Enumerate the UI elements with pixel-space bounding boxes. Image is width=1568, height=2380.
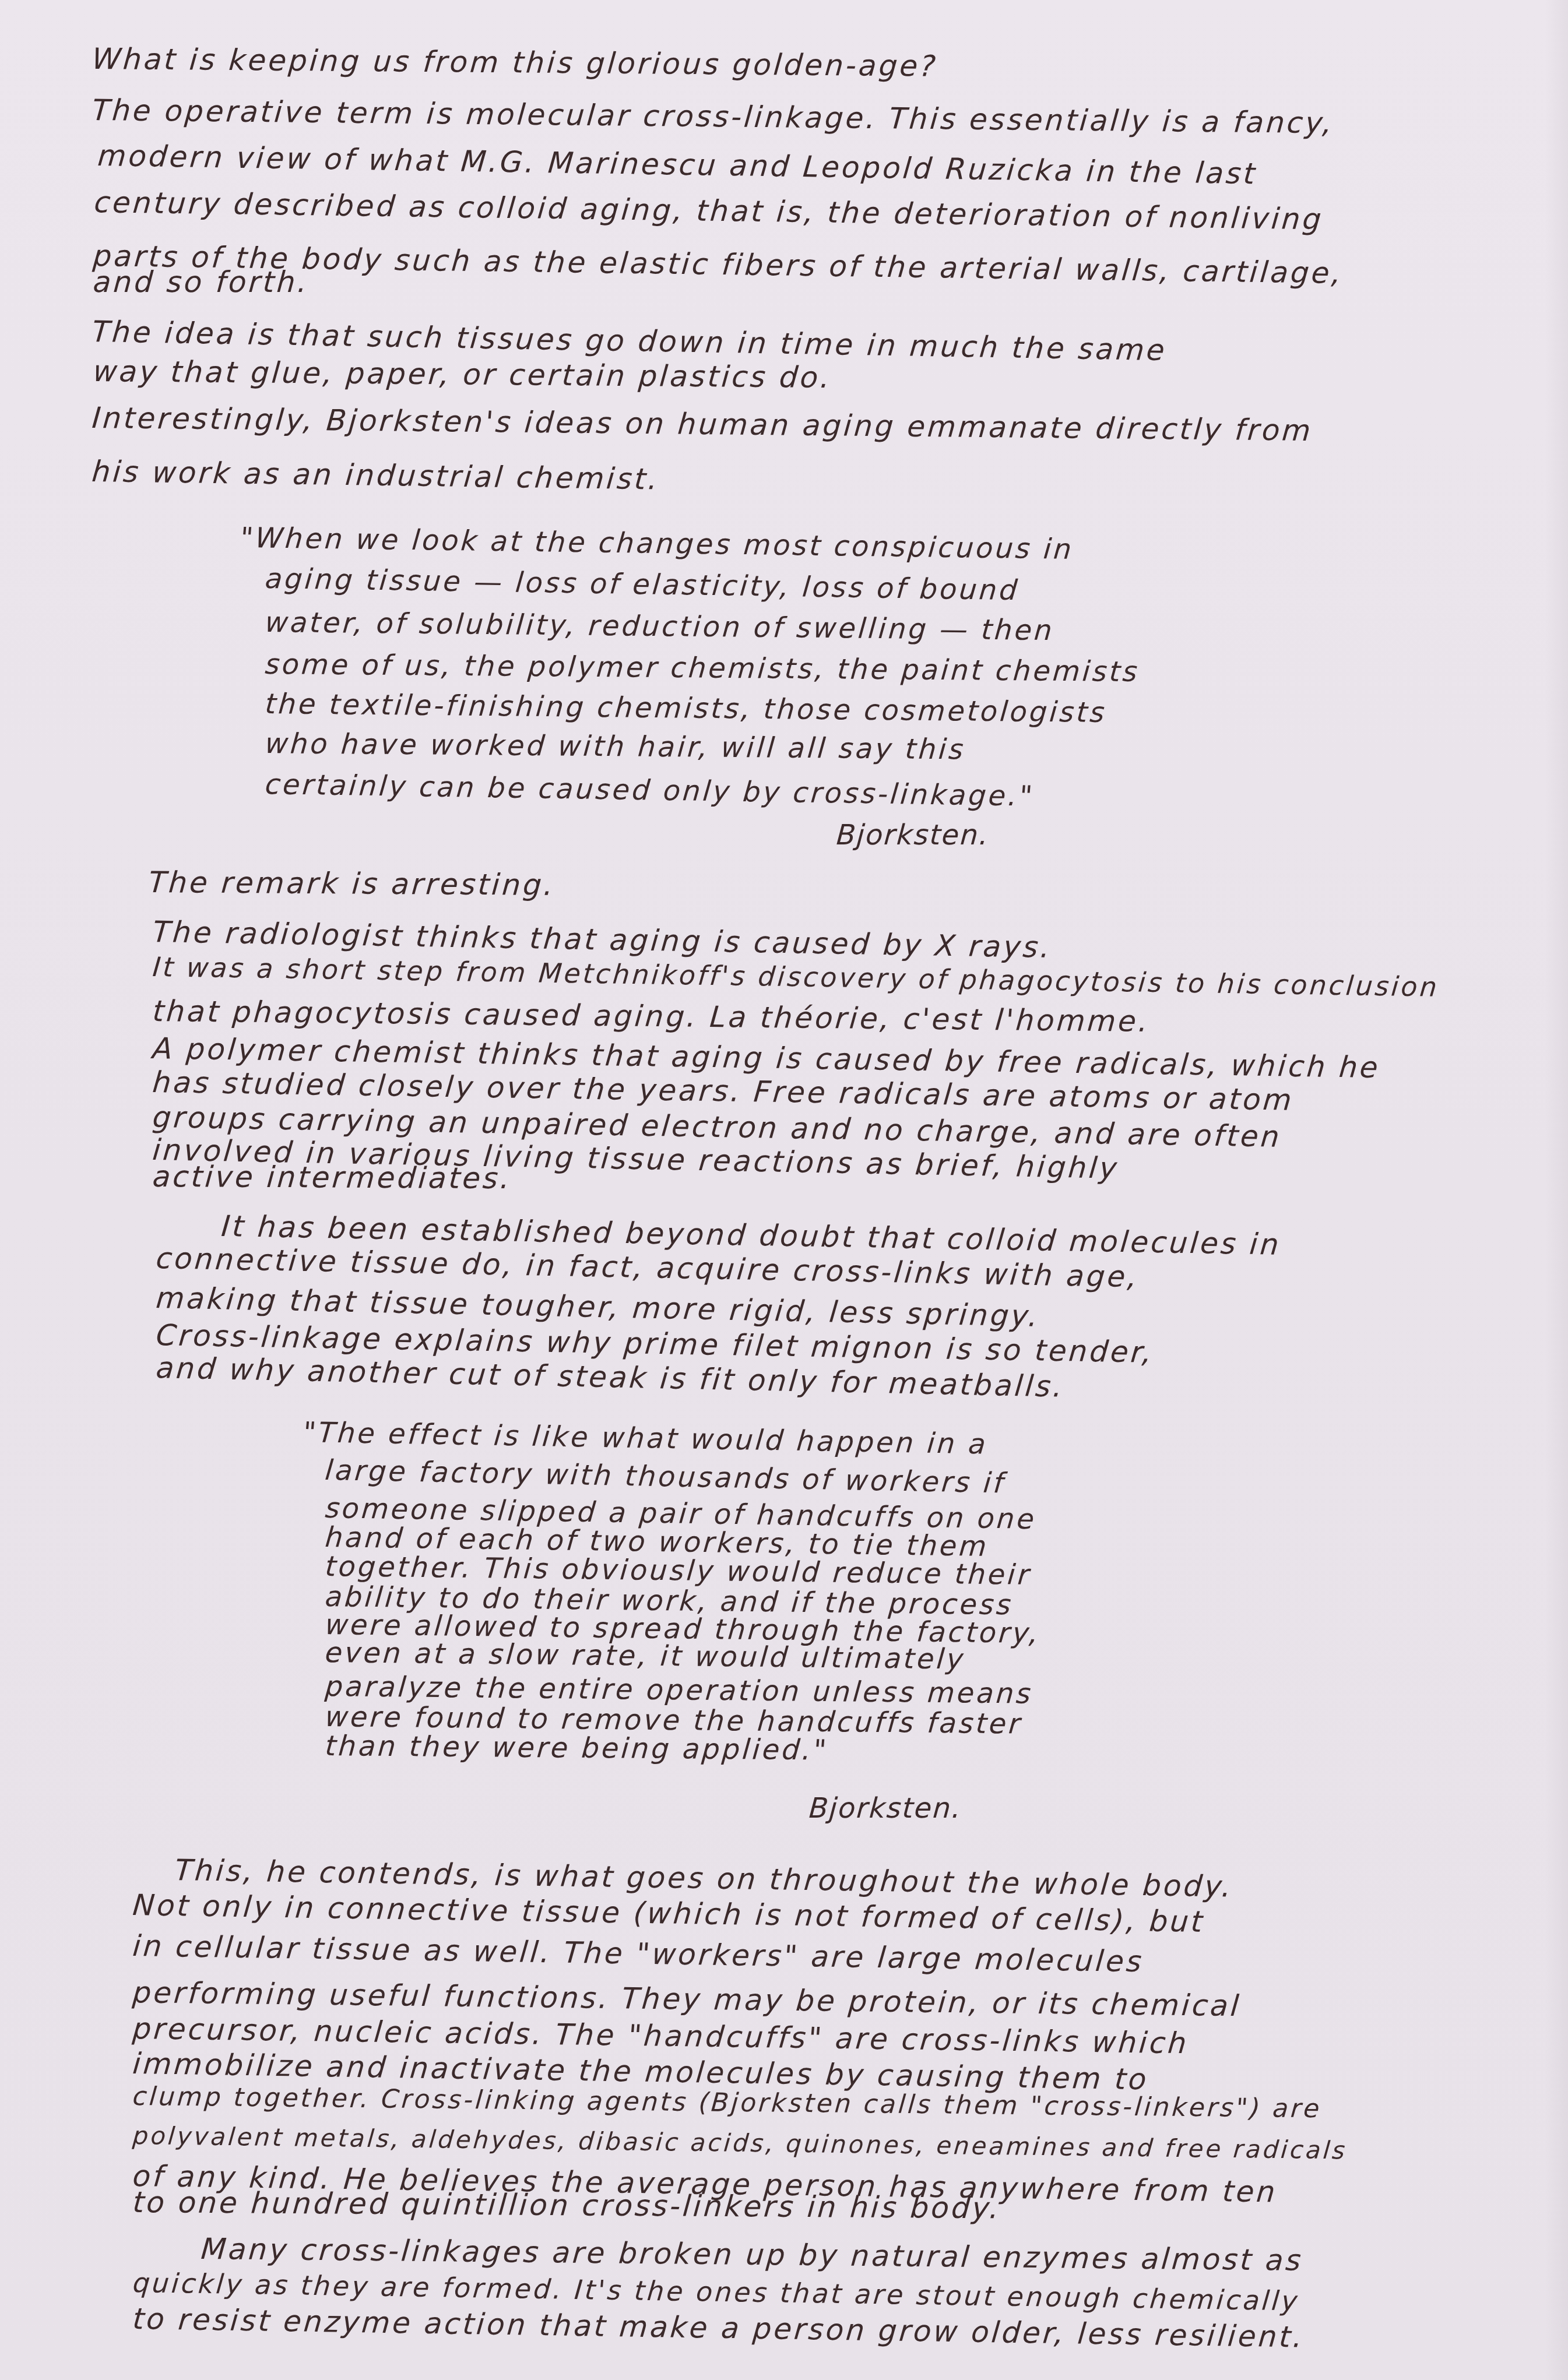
handwritten-page: What is keeping us from this glorious go… [0,0,1568,2380]
paper-edge-shadow [1545,0,1568,2380]
text-line: active intermediates. [152,1160,514,1195]
text-line: and so forth. [92,265,310,299]
quote-line: "When we look at the changes most conspi… [239,522,1075,566]
text-line: to one hundred quintillion cross-linkers… [132,2185,1003,2225]
text-line: in cellular tissue as well. The "workers… [132,1929,1145,1978]
quote-attribution: Bjorksten. [808,1792,963,1825]
quote-line: even at a slow rate, it would ultimately [324,1636,967,1676]
text-line: Interestingly, Bjorksten's ideas on huma… [91,401,1314,448]
text-line: The operative term is molecular cross-li… [91,93,1336,140]
quote-line: certainly can be caused only by cross-li… [264,768,1036,813]
quote-line: the textile-finishing chemists, those co… [264,688,1108,729]
text-line: that phagocytosis caused aging. La théor… [152,994,1152,1038]
quote-line: "The effect is like what would happen in… [302,1416,990,1461]
quote-line: some of us, the polymer chemists, the pa… [264,648,1141,688]
quote-line: water, of solubility, reduction of swell… [264,606,1056,647]
text-line: way that glue, paper, or certain plastic… [92,354,834,395]
quote-line: than they were being applied." [324,1730,830,1767]
text-line: his work as an industrial chemist. [91,455,662,497]
text-line: What is keeping us from this glorious go… [91,42,939,83]
text-line: century described as colloid aging, that… [93,185,1325,236]
text-line: The remark is arresting. [147,865,557,902]
quote-line: aging tissue — loss of elasticity, loss … [264,562,1021,607]
quote-attribution: Bjorksten. [835,819,990,851]
text-line: polyvalent metals, aldehydes, dibasic ac… [132,2121,1348,2164]
quote-line: large factory with thousands of workers … [324,1454,1007,1499]
quote-line: who have worked with hair, will all say … [264,727,967,766]
text-line: modern view of what M.G. Marinescu and L… [97,139,1259,191]
